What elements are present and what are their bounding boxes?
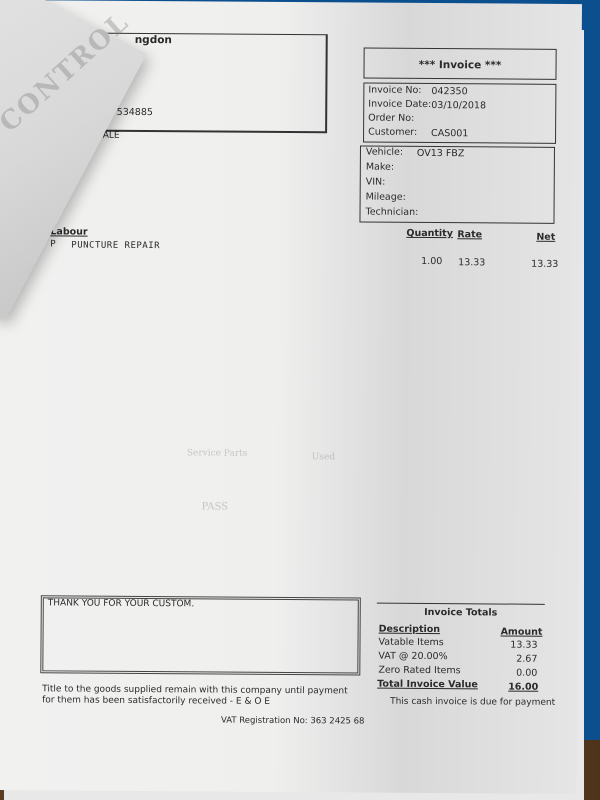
total-invoice-amount: 16.00 <box>508 682 538 693</box>
company-name: ngdon <box>135 34 172 46</box>
invoice-field-label: Invoice Date: <box>368 99 431 110</box>
vehicle-field-label: Vehicle: <box>366 147 403 158</box>
header-net: Net <box>536 232 555 243</box>
vehicle-field-label: Make: <box>366 162 394 173</box>
section-labour: Labour <box>50 226 87 237</box>
totals-row-label: Vatable Items <box>378 637 443 648</box>
invoice-field-label: Customer: <box>368 127 417 138</box>
totals-row-label: VAT @ 20.00% <box>378 651 447 662</box>
terms-line-1: Title to the goods supplied remain with … <box>42 684 348 696</box>
line-item-quantity: 1.00 <box>421 256 442 267</box>
invoice-field-value: 042350 <box>431 86 467 97</box>
vat-registration: VAT Registration No: 363 2425 68 <box>221 716 365 727</box>
show-through-header-2: Used <box>312 452 335 462</box>
show-through-result: PASS <box>201 501 228 512</box>
totals-amount-header: Amount <box>501 627 543 638</box>
totals-row-label: Zero Rated Items <box>378 665 460 677</box>
vehicle-field-label: Mileage: <box>366 192 406 203</box>
invoice-details: Invoice No:042350Invoice Date:03/10/2018… <box>0 0 582 4</box>
show-through-header-1: Service Parts <box>187 448 248 458</box>
header-quantity: Quantity <box>406 228 453 239</box>
vehicle-field-value: OV13 FBZ <box>417 148 464 159</box>
invoice-field-value: 03/10/2018 <box>431 100 486 111</box>
totals-row-amount: 2.67 <box>516 654 537 665</box>
totals-rule <box>377 603 545 605</box>
line-item-description: PUNCTURE REPAIR <box>71 241 160 252</box>
vehicle-field-label: VIN: <box>366 177 386 188</box>
invoice-title: *** Invoice *** <box>364 59 557 72</box>
invoice-field-value: CAS001 <box>431 128 468 139</box>
line-item-rate: 13.33 <box>458 257 485 268</box>
invoice-field-label: Order No: <box>368 113 414 124</box>
thank-you-message: THANK YOU FOR YOUR CUSTOM. <box>48 598 194 609</box>
vehicle-details: Vehicle:OV13 FBZMake:VIN:Mileage:Technic… <box>0 0 582 4</box>
terms-line-2: for them has been satisfactorily receive… <box>42 695 270 707</box>
totals-row-amount: 13.33 <box>510 640 537 651</box>
total-invoice-label: Total Invoice Value <box>377 679 478 691</box>
line-item-net: 13.33 <box>531 259 558 270</box>
header-rate: Rate <box>457 229 482 240</box>
payment-due-note: This cash invoice is due for payment <box>390 697 555 708</box>
vehicle-field-label: Technician: <box>365 207 418 218</box>
line-item-code: P <box>50 239 55 249</box>
invoice-field-label: Invoice No: <box>368 85 421 96</box>
totals-rows: Vatable Items13.33VAT @ 20.00%2.67Zero R… <box>0 0 582 4</box>
totals-title: Invoice Totals <box>377 607 545 619</box>
totals-description-header: Description <box>379 624 441 635</box>
totals-row-amount: 0.00 <box>516 668 537 679</box>
